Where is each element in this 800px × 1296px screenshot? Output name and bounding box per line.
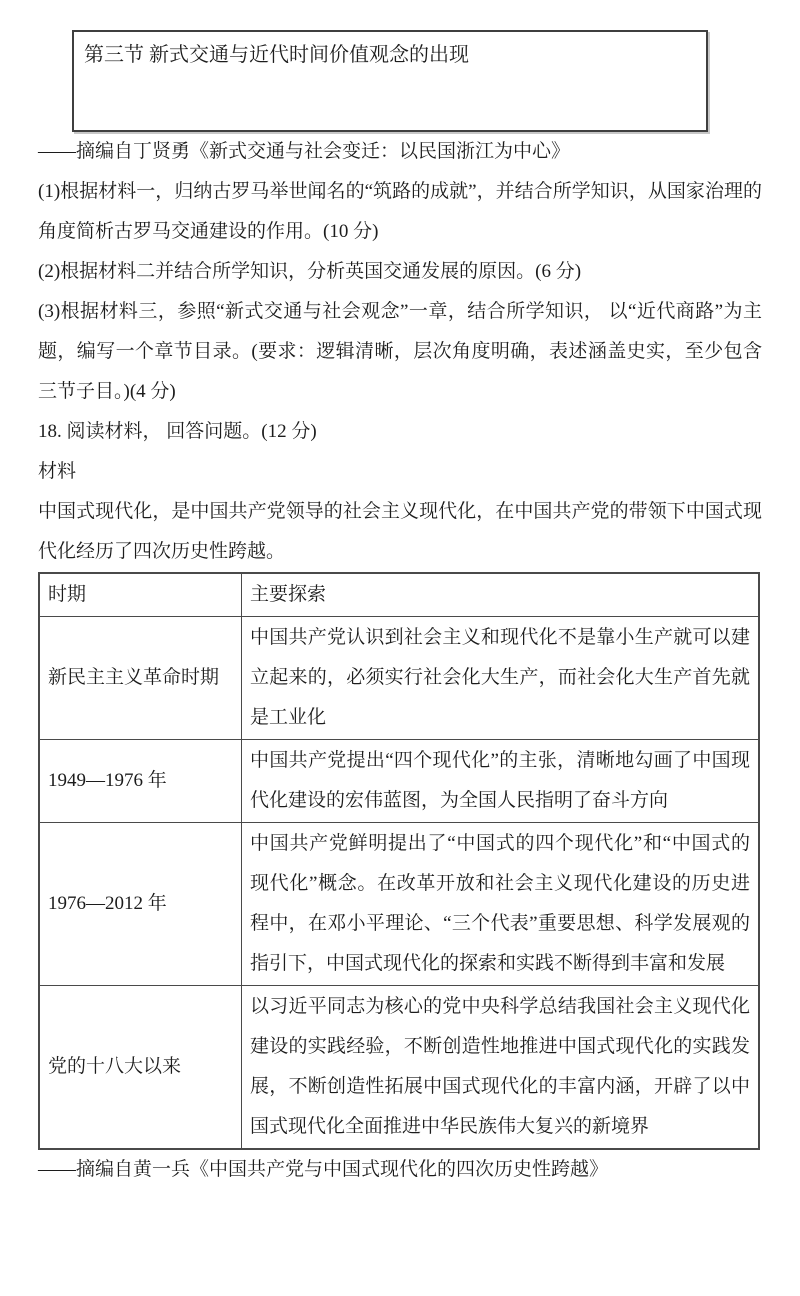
table-row: 1949—1976 年中国共产党提出“四个现代化”的主张，清晰地勾画了中国现代化… bbox=[39, 740, 759, 823]
question-18: 18. 阅读材料， 回答问题。(12 分) bbox=[38, 412, 762, 452]
table-header-row: 时期 主要探索 bbox=[39, 573, 759, 617]
table-row: 1976—2012 年中国共产党鲜明提出了“中国式的四个现代化”和“中国式的现代… bbox=[39, 823, 759, 986]
table-header-period: 时期 bbox=[39, 573, 242, 617]
table-cell-period: 1976—2012 年 bbox=[39, 823, 242, 986]
exam-page: 第三节 新式交通与近代时间价值观念的出现 ——摘编自丁贤勇《新式交通与社会变迁：… bbox=[0, 0, 800, 1296]
modernization-table: 时期 主要探索 新民主主义革命时期中国共产党认识到社会主义和现代化不是靠小生产就… bbox=[38, 572, 760, 1150]
question-3: (3)根据材料三，参照“新式交通与社会观念”一章，结合所学知识， 以“近代商路”… bbox=[38, 292, 762, 412]
question-2: (2)根据材料二并结合所学知识，分析英国交通发展的原因。(6 分) bbox=[38, 252, 762, 292]
source-citation-2: ——摘编自黄一兵《中国共产党与中国式现代化的四次历史性跨越》 bbox=[38, 1150, 762, 1190]
table-cell-exploration: 中国共产党鲜明提出了“中国式的四个现代化”和“中国式的现代化”概念。在改革开放和… bbox=[242, 823, 760, 986]
table-cell-exploration: 中国共产党认识到社会主义和现代化不是靠小生产就可以建立起来的，必须实行社会化大生… bbox=[242, 617, 760, 740]
table-cell-period: 新民主主义革命时期 bbox=[39, 617, 242, 740]
table-cell-period: 党的十八大以来 bbox=[39, 986, 242, 1150]
table-row: 新民主主义革命时期中国共产党认识到社会主义和现代化不是靠小生产就可以建立起来的，… bbox=[39, 617, 759, 740]
table-header-exploration: 主要探索 bbox=[242, 573, 760, 617]
question-1: (1)根据材料一，归纳古罗马举世闻名的“筑路的成就”，并结合所学知识，从国家治理… bbox=[38, 172, 762, 252]
chapter-box: 第三节 新式交通与近代时间价值观念的出现 bbox=[72, 30, 708, 132]
table-cell-exploration: 中国共产党提出“四个现代化”的主张，清晰地勾画了中国现代化建设的宏伟蓝图，为全国… bbox=[242, 740, 760, 823]
table-cell-period: 1949—1976 年 bbox=[39, 740, 242, 823]
table-cell-exploration: 以习近平同志为核心的党中央科学总结我国社会主义现代化建设的实践经验，不断创造性地… bbox=[242, 986, 760, 1150]
chapter-title: 第三节 新式交通与近代时间价值观念的出现 bbox=[84, 40, 696, 70]
source-citation-1: ——摘编自丁贤勇《新式交通与社会变迁：以民国浙江为中心》 bbox=[38, 132, 762, 172]
material-label: 材料 bbox=[38, 452, 762, 492]
material-text: 中国式现代化，是中国共产党领导的社会主义现代化，在中国共产党的带领下中国式现代化… bbox=[38, 492, 762, 572]
table-row: 党的十八大以来以习近平同志为核心的党中央科学总结我国社会主义现代化建设的实践经验… bbox=[39, 986, 759, 1150]
